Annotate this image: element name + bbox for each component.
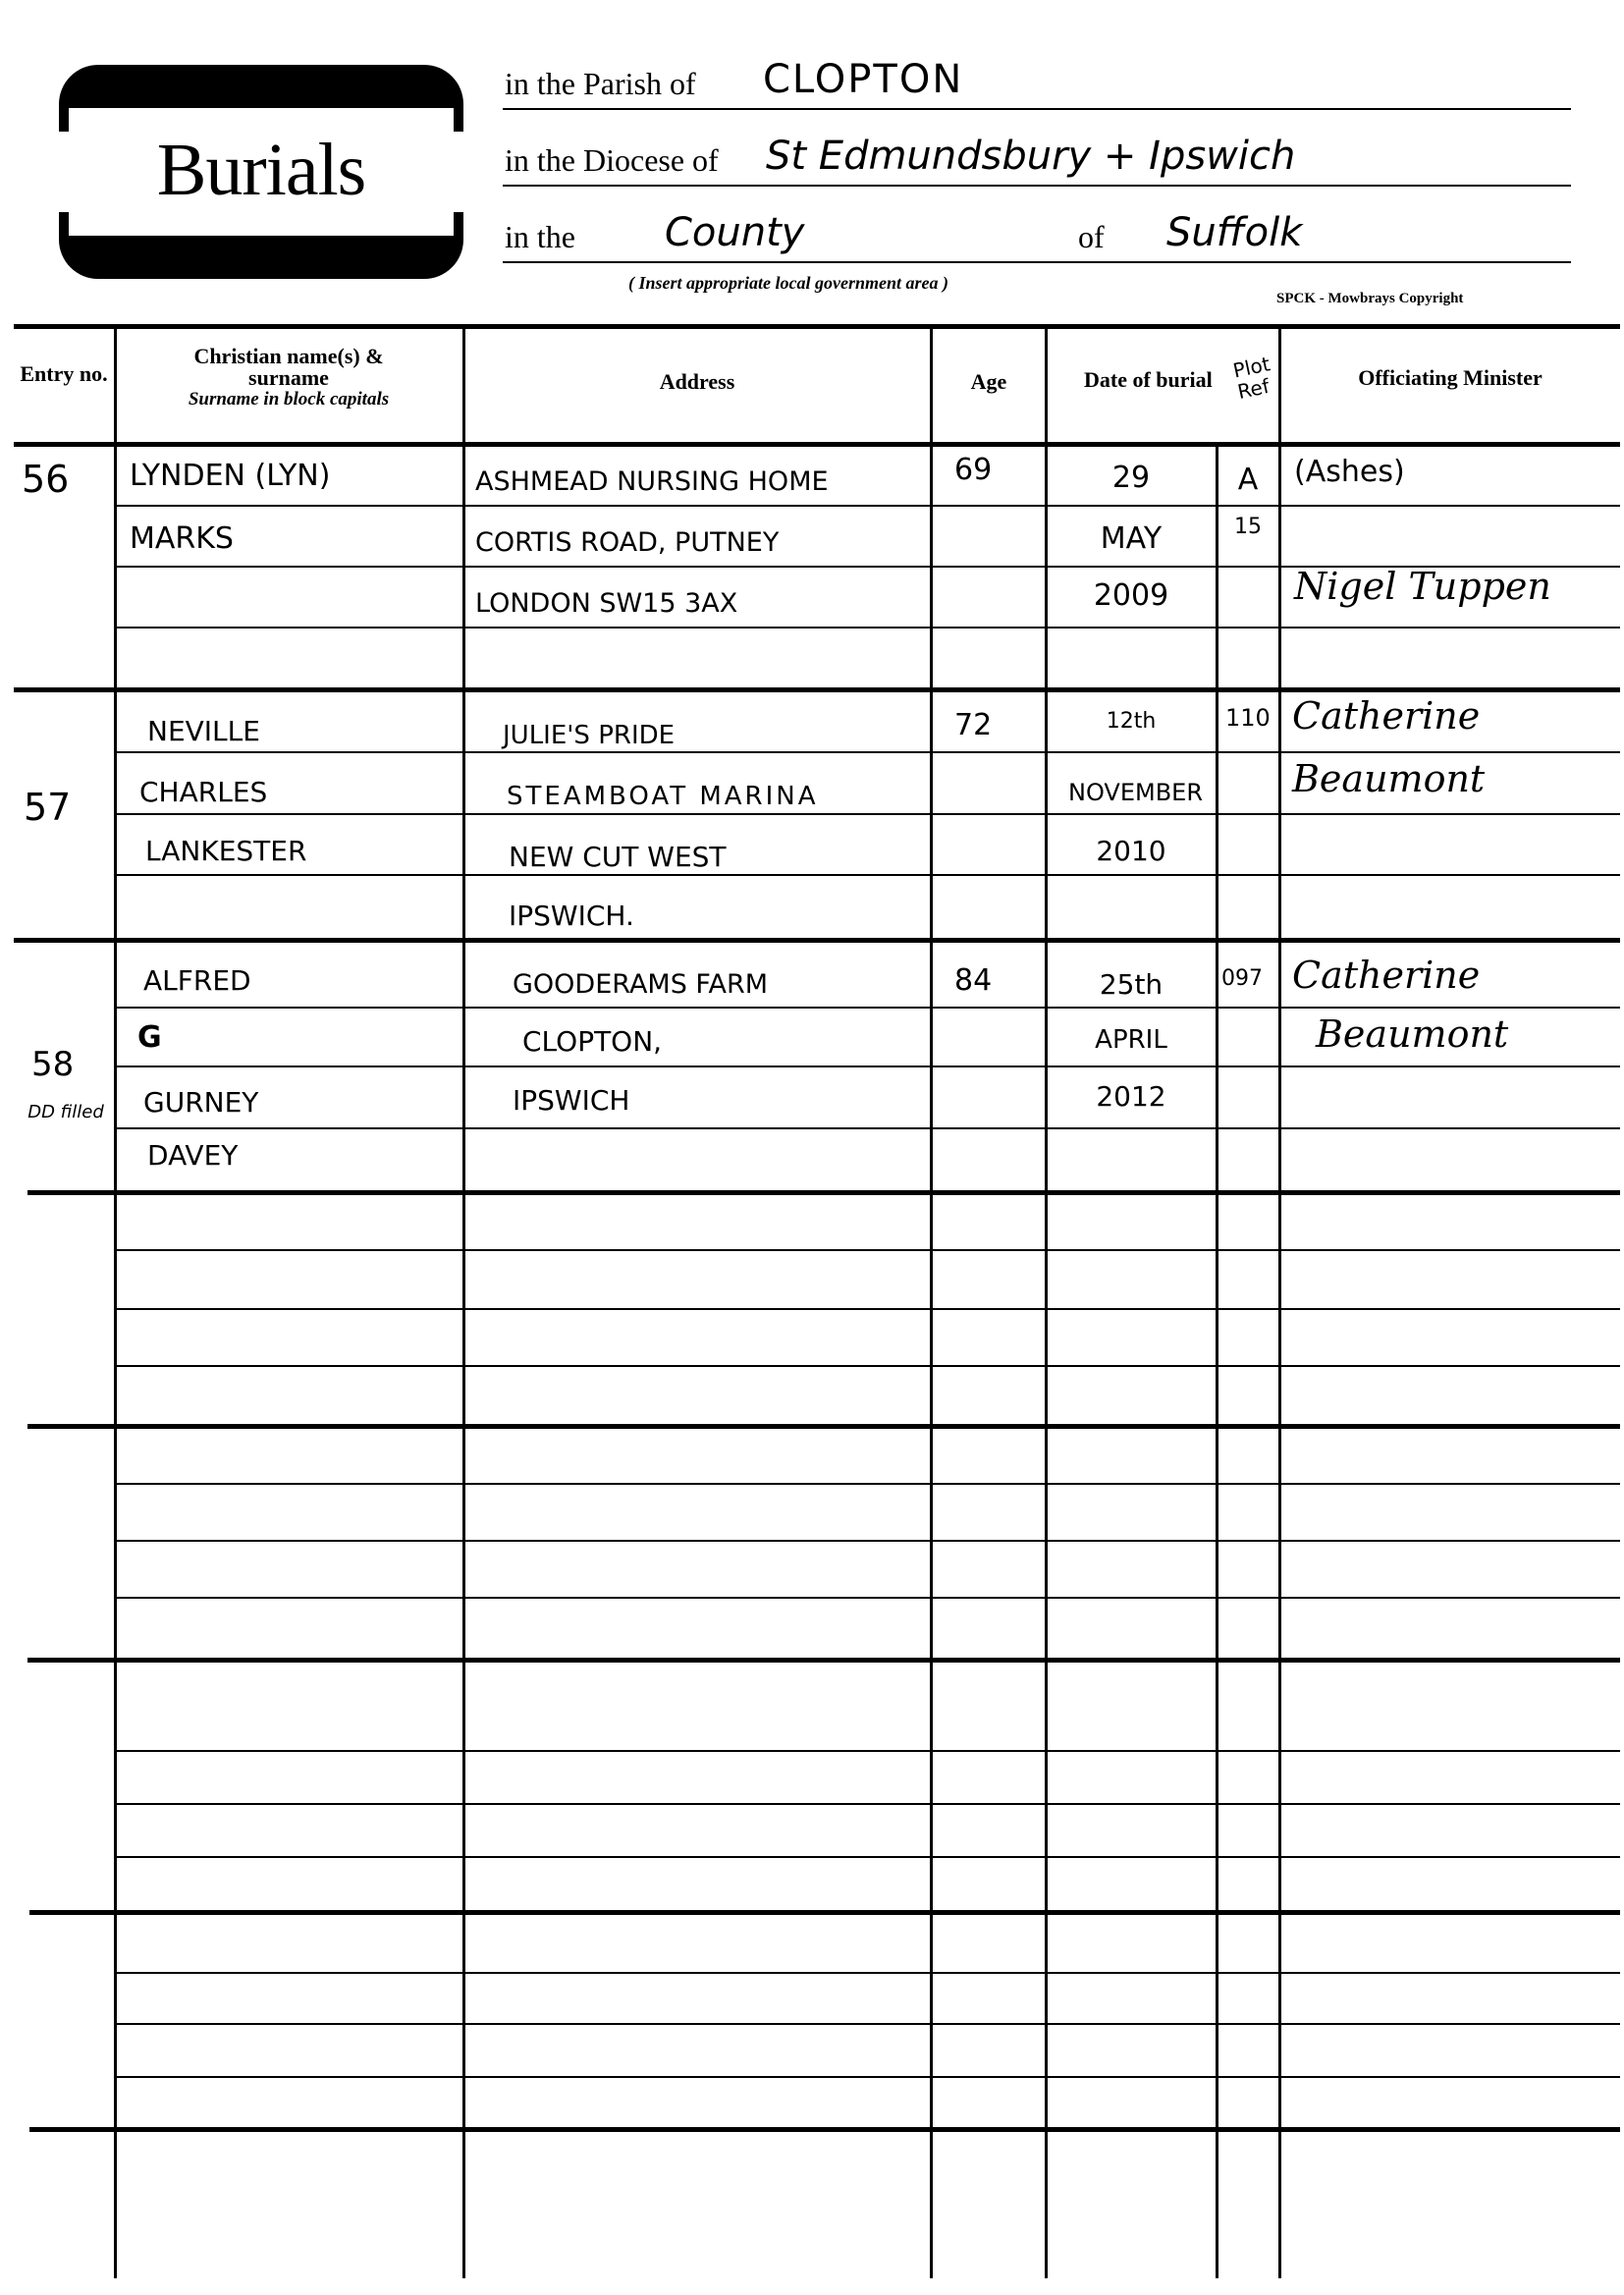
row-line (116, 2076, 1620, 2078)
minister-signature: Catherine (1292, 958, 1480, 992)
header-name-note: Surname in block capitals (116, 389, 461, 410)
header-minister: Officiating Minister (1280, 367, 1620, 389)
header-age: Age (933, 371, 1045, 393)
date-day: 29 (1047, 462, 1216, 495)
date-year: 2010 (1047, 835, 1216, 868)
name-line: LYNDEN (LYN) (130, 460, 330, 493)
plot-ref: 097 (1221, 962, 1263, 996)
date-month: NOVEMBER (1068, 776, 1203, 809)
col-divider-ref (1216, 444, 1218, 2278)
col-divider (462, 324, 465, 2278)
entry-divider (27, 1658, 1620, 1663)
name-line: MARKS (130, 522, 234, 556)
entry-number: 58 (31, 1045, 74, 1084)
age-value: 69 (954, 454, 992, 487)
entry-divider (14, 938, 1620, 943)
name-line: CHARLES (139, 776, 267, 809)
row-line (116, 751, 1620, 753)
address-line: LONDON SW15 3AX (475, 587, 737, 621)
address-line: CLOPTON, (522, 1025, 662, 1059)
minister-signature: Beaumont (1292, 762, 1485, 795)
col-divider (114, 324, 117, 2278)
row-line (116, 1249, 1620, 1251)
age-value: 84 (954, 964, 992, 998)
address-line: IPSWICH (513, 1084, 629, 1118)
date-year: 2012 (1047, 1080, 1216, 1114)
minister-note: (Ashes) (1294, 456, 1405, 489)
date-month: MAY (1047, 522, 1216, 556)
name-line: GURNEY (143, 1086, 258, 1120)
name-line: DAVEY (147, 1139, 238, 1173)
entry-divider (27, 1424, 1620, 1429)
date-day: 25th (1047, 968, 1216, 1002)
minister-signature: Nigel Tuppen (1294, 570, 1551, 603)
row-line (116, 1308, 1620, 1310)
name-line: ALFRED (143, 964, 251, 998)
header-address: Address (464, 371, 930, 393)
address-line: JULIE'S PRIDE (503, 719, 675, 752)
entry-divider (29, 2127, 1620, 2132)
table-top-border (14, 324, 1620, 329)
entry-number: 57 (24, 786, 71, 829)
date-month: APRIL (1047, 1023, 1216, 1057)
plot-ref: 15 (1218, 511, 1277, 544)
minister-signature: Beaumont (1316, 1017, 1508, 1051)
entry-divider (27, 1190, 1620, 1195)
minister-signature: Catherine (1292, 699, 1480, 733)
row-line (116, 1483, 1620, 1485)
plot-ref: A (1218, 464, 1277, 497)
burial-register-table: Entry no. Christian name(s) & surname Su… (0, 0, 1624, 2295)
address-line: GOODERAMS FARM (513, 968, 768, 1002)
name-line: G (137, 1021, 162, 1055)
entry-divider (29, 1910, 1620, 1915)
row-line (116, 627, 1620, 628)
plot-ref: 110 (1225, 701, 1271, 735)
row-line (116, 1066, 1620, 1067)
header-plot-ref-annotation: Plot Ref (1231, 352, 1282, 403)
row-line (116, 1540, 1620, 1542)
row-line (116, 505, 1620, 507)
row-line (116, 1007, 1620, 1009)
address-line: STEAMBOAT MARINA (507, 780, 819, 813)
name-line: NEVILLE (147, 715, 260, 748)
row-line (116, 874, 1620, 876)
header-name-line1: Christian name(s) & (116, 346, 461, 367)
header-entry-no: Entry no. (14, 363, 114, 385)
header-name-line2: surname (116, 367, 461, 389)
name-line: LANKESTER (145, 835, 306, 868)
address-line: CORTIS ROAD, PUTNEY (475, 526, 779, 560)
entry-divider (14, 687, 1620, 692)
entry-number: 56 (22, 458, 69, 501)
address-line: NEW CUT WEST (509, 841, 727, 874)
row-line (116, 1127, 1620, 1129)
row-line (116, 1365, 1620, 1367)
row-line (116, 1750, 1620, 1752)
entry-note: DD filled (22, 1098, 110, 1127)
header-bottom-border (14, 442, 1620, 447)
date-year: 2009 (1047, 579, 1216, 613)
row-line (116, 1597, 1620, 1599)
date-day: 12th (1047, 705, 1216, 738)
col-divider (1045, 324, 1048, 2278)
row-line (116, 2023, 1620, 2025)
age-value: 72 (954, 709, 992, 742)
header-name: Christian name(s) & surname Surname in b… (116, 346, 461, 410)
address-line: IPSWICH. (509, 900, 634, 933)
row-line (116, 813, 1620, 815)
row-line (116, 1856, 1620, 1858)
address-line: ASHMEAD NURSING HOME (475, 465, 829, 499)
row-line (116, 1972, 1620, 1974)
row-line (116, 1803, 1620, 1805)
col-divider (1278, 324, 1281, 2278)
col-divider (930, 324, 933, 2278)
